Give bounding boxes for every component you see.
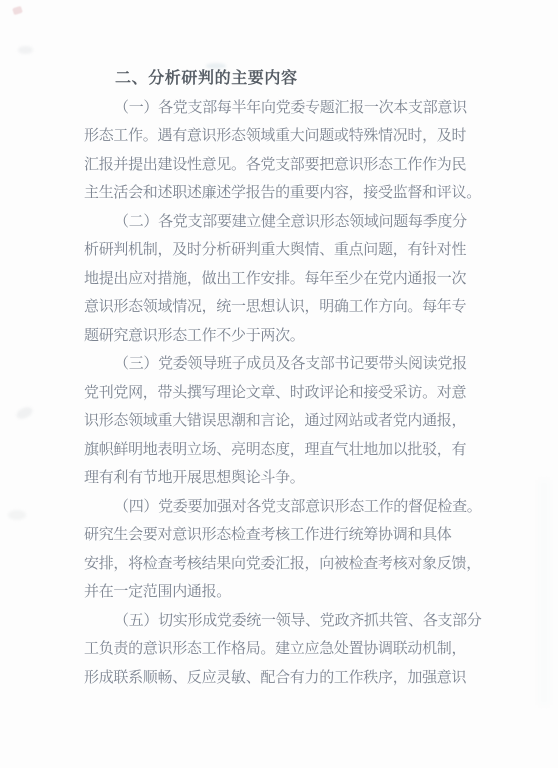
scan-streak [538, 480, 550, 705]
document-text-block: 二、分析研判的主要内容 （一）各党支部每半年向党委专题汇报一次本支部意识形态工作… [84, 65, 476, 692]
text-line: 研究生会要对意识形态检查考核工作进行统筹协调和具体 [84, 521, 476, 550]
scan-mark-pink [12, 6, 23, 15]
text-line: 并在一定范围内通报。 [84, 578, 476, 607]
text-line: 形态工作。遇有意识形态领域重大问题或特殊情况时，及时 [84, 122, 476, 151]
text-line: 形成联系顺畅、反应灵敏、配合有力的工作秩序，加强意识 [84, 664, 476, 693]
scan-smudge [15, 405, 35, 421]
text-line: 工负责的意识形态工作格局。建立应急处置协调联动机制， [84, 635, 476, 664]
scan-smudge [18, 46, 33, 54]
text-line: （一）各党支部每半年向党委专题汇报一次本支部意识 [84, 94, 476, 123]
text-line: （三）党委领导班子成员及各支部书记要带头阅读党报 [84, 350, 476, 379]
text-line: 意识形态领域情况，统一思想认识，明确工作方向。每年专 [84, 293, 476, 322]
text-line: 安排，将检查考核结果向党委汇报，向被检查考核对象反馈， [84, 550, 476, 579]
document-body-lines: （一）各党支部每半年向党委专题汇报一次本支部意识形态工作。遇有意识形态领域重大问… [84, 94, 476, 693]
scan-smudge [8, 510, 26, 520]
text-line: 汇报并提出建设性意见。各党支部要把意识形态工作作为民 [84, 151, 476, 180]
text-line: 党刊党网，带头撰写理论文章、时政评论和接受采访。对意 [84, 379, 476, 408]
text-line: 主生活会和述职述廉述学报告的重要内容，接受监督和评议。 [84, 179, 476, 208]
text-line: 析研判机制，及时分析研判重大舆情、重点问题，有针对性 [84, 236, 476, 265]
text-line: （二）各党支部要建立健全意识形态领域问题每季度分 [84, 208, 476, 237]
text-line: 识形态领域重大错误思潮和言论，通过网站或者党内通报， [84, 407, 476, 436]
text-line: 理有利有节地开展思想舆论斗争。 [84, 464, 476, 493]
text-line: 地提出应对措施，做出工作安排。每年至少在党内通报一次 [84, 265, 476, 294]
text-line: 旗帜鲜明地表明立场、亮明态度，理直气壮地加以批驳，有 [84, 436, 476, 465]
text-line: （四）党委要加强对各党支部意识形态工作的督促检查。 [84, 493, 476, 522]
text-line: （五）切实形成党委统一领导、党政齐抓共管、各支部分 [84, 607, 476, 636]
section-heading: 二、分析研判的主要内容 [84, 65, 476, 94]
scanned-document-page: 二、分析研判的主要内容 （一）各党支部每半年向党委专题汇报一次本支部意识形态工作… [0, 0, 558, 768]
text-line: 题研究意识形态工作不少于两次。 [84, 322, 476, 351]
